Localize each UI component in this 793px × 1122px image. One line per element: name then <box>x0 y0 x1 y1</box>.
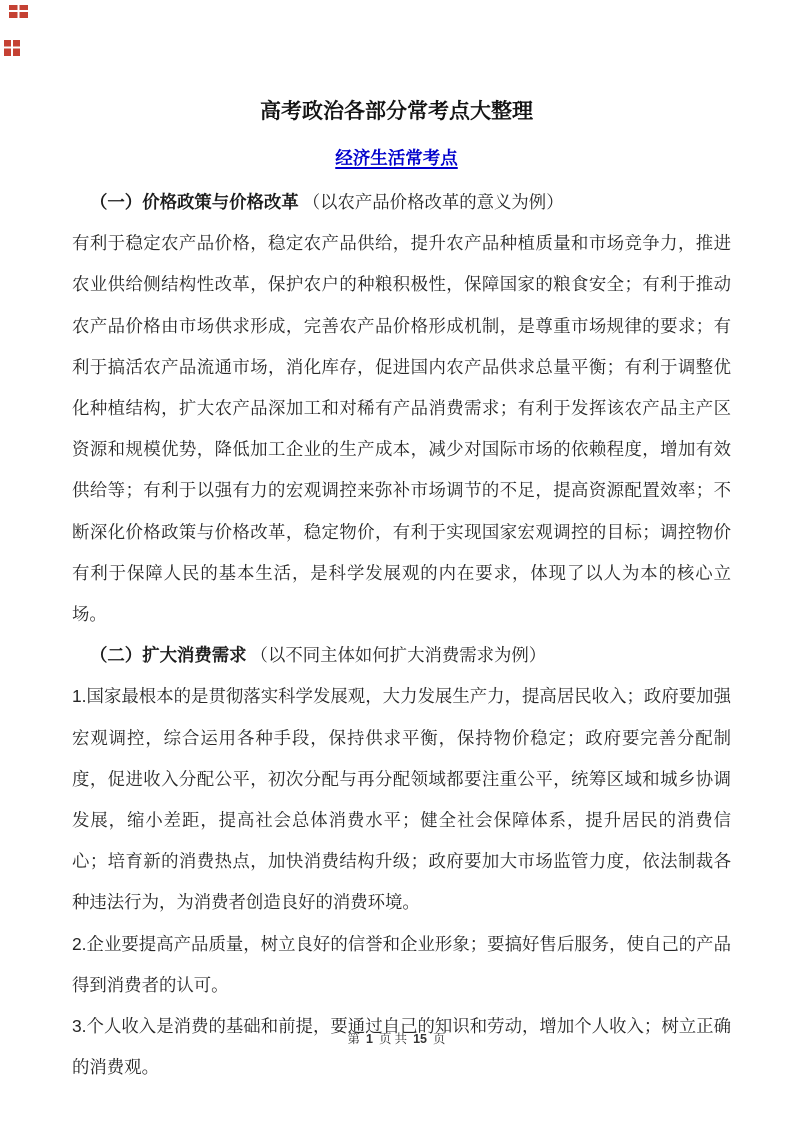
red-watermark-mark-2 <box>4 40 20 56</box>
section-2-title: 扩大消费需求 <box>142 645 246 665</box>
section-2-note: （以不同主体如何扩大消费需求为例） <box>251 645 547 665</box>
footer-prefix: 第 <box>347 1032 360 1046</box>
section-1-note: （以农产品价格改革的意义为例） <box>303 192 564 212</box>
page-footer: 第1页 共15页 <box>0 1031 793 1047</box>
paragraph: 1.国家最根本的是贯彻落实科学发展观，大力发展生产力，提高居民收入；政府要加强宏… <box>72 676 731 923</box>
document-page: 高考政治各部分常考点大整理 经济生活常考点 （一）价格政策与价格改革（以农产品价… <box>0 0 793 1122</box>
page-title: 高考政治各部分常考点大整理 <box>0 0 793 124</box>
footer-infix: 页 共 <box>379 1032 407 1046</box>
paragraph: 有利于稳定农产品价格，稳定农产品供给，提升农产品种植质量和市场竞争力，推进农业供… <box>72 223 731 635</box>
page-number: 1 <box>366 1032 373 1046</box>
footer-suffix: 页 <box>433 1032 446 1046</box>
red-watermark-mark-1 <box>9 5 28 18</box>
paragraph: 2.企业要提高产品质量，树立良好的信誉和企业形象；要搞好售后服务，使自己的产品得… <box>72 924 731 1006</box>
section-1-marker: （一） <box>90 192 142 212</box>
section-heading-1: （一）价格政策与价格改革（以农产品价格改革的意义为例） <box>72 182 731 223</box>
document-body: （一）价格政策与价格改革（以农产品价格改革的意义为例） 有利于稳定农产品价格，稳… <box>72 182 731 1088</box>
total-pages: 15 <box>413 1032 427 1046</box>
paragraph: 3.个人收入是消费的基础和前提，要通过自己的知识和劳动，增加个人收入；树立正确的… <box>72 1006 731 1088</box>
section-heading-2: （二）扩大消费需求（以不同主体如何扩大消费需求为例） <box>72 635 731 676</box>
section-2-marker: （二） <box>90 645 142 665</box>
doc-subtitle: 经济生活常考点 <box>0 147 793 169</box>
section-1-title: 价格政策与价格改革 <box>142 192 299 212</box>
